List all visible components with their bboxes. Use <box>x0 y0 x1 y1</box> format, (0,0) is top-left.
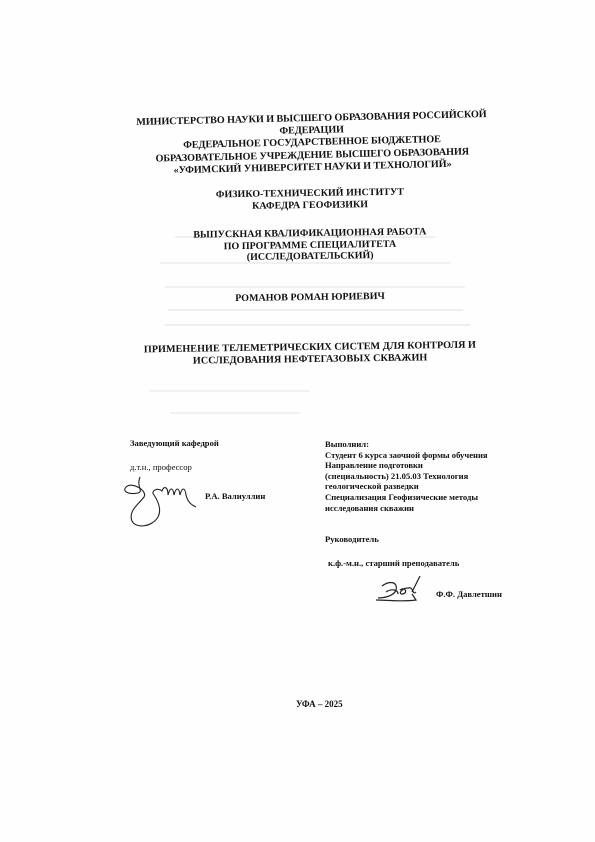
signature-head <box>118 473 208 538</box>
bleed-through-text <box>150 390 310 392</box>
signature-supervisor <box>372 572 428 617</box>
work-type-block: ВЫПУСКНАЯ КВАЛИФИКАЦИОННАЯ РАБОТА ПО ПРО… <box>120 225 500 265</box>
head-degree: д.т.н., профессор <box>130 462 192 473</box>
performed-line: исследования скважин <box>325 503 488 514</box>
head-role: Заведующий кафедрой <box>130 438 219 449</box>
performed-by-label: Выполнил: <box>325 439 488 450</box>
city-year: УФА – 2025 <box>296 699 343 710</box>
institute-block: ФИЗИКО-ТЕХНИЧЕСКИЙ ИНСТИТУТ КАФЕДРА ГЕОФ… <box>120 185 500 213</box>
performed-line: Направление подготовки <box>325 460 488 471</box>
performed-by-block: Выполнил: Студент 6 курса заочной формы … <box>325 439 488 513</box>
head-name: Р.А. Валиуллин <box>205 491 265 502</box>
performed-line: Студент 6 курса заочной формы обучения <box>325 450 488 461</box>
bleed-through-text <box>168 309 463 311</box>
performed-line: (специальность) 21.05.03 Технология <box>325 471 488 482</box>
performed-line: геологической разведки <box>325 481 488 492</box>
thesis-title: ПРИМЕНЕНИЕ ТЕЛЕМЕТРИЧЕСКИХ СИСТЕМ ДЛЯ КО… <box>120 339 500 367</box>
supervisor-role: Руководитель <box>325 534 379 545</box>
performed-line: Специализация Геофизические методы <box>325 492 488 503</box>
author-name: РОМАНОВ РОМАН ЮРИЕВИЧ <box>120 289 500 306</box>
ministry-header: МИНИСТЕРСТВО НАУКИ И ВЫСШЕГО ОБРАЗОВАНИЯ… <box>111 108 512 178</box>
bleed-through-text <box>165 286 465 288</box>
bleed-through-text <box>170 412 300 414</box>
document-page: МИНИСТЕРСТВО НАУКИ И ВЫСШЕГО ОБРАЗОВАНИЯ… <box>0 0 595 842</box>
supervisor-name: Ф.Ф. Давлетшин <box>436 589 502 600</box>
supervisor-degree: к.ф.-м.н., старший преподаватель <box>328 558 459 569</box>
bleed-through-text <box>165 324 470 326</box>
